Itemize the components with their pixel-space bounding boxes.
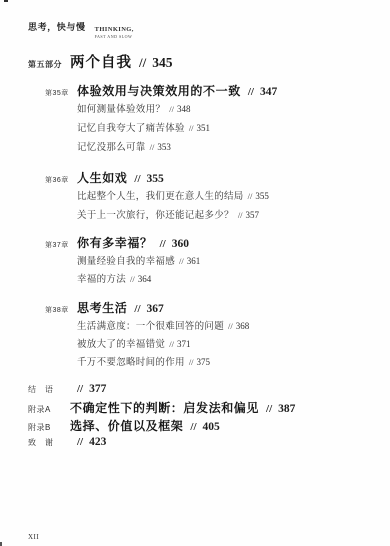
backmatter-label: 致 谢 [28,439,70,447]
book-page: 思考，快与慢 THINKING, FAST AND SLOW 第五部分 两个自我… [0,0,390,546]
chapter-page: 360 [172,239,189,251]
backmatter-page: 423 [89,437,106,449]
chapter-label: 第37章 [45,242,77,249]
backmatter-entry: 附录A 不确定性下的判断：启发法和偏见 // 387 [28,402,295,416]
section-title: 记忆自我夸大了痛苦体验 [77,124,185,134]
toc-section: 千万不要忽略时间的作用 // 375 [77,358,210,368]
section-title: 关于上一次旅行，你还能记起多少？ [77,211,234,221]
page-separator: // [248,192,253,201]
chapter-title: 体验效用与决策效用的不一致 [77,85,241,97]
chapter-label: 第35章 [45,90,77,97]
backmatter-label: 结 语 [28,386,70,394]
chapter-heading: 第37章 你有多幸福？ // 360 [45,237,189,251]
backmatter-page: 405 [203,422,220,434]
page-separator: // [189,358,194,367]
chapter-label: 第38章 [45,307,77,314]
page-separator: // [77,384,83,395]
toc-section: 记忆自我夸大了痛苦体验 // 351 [77,124,210,134]
chapter-page: 367 [147,304,164,316]
section-title: 测量经验自我的幸福感 [77,257,175,267]
section-page: 353 [157,143,171,152]
toc-section: 生活满意度：一个很难回答的问题 // 368 [77,322,249,332]
logo-fast-and-slow-text: FAST AND SLOW [95,35,134,39]
section-page: 357 [246,211,260,220]
chapter-title: 你有多幸福？ [77,237,153,249]
scan-artifact-top [4,0,8,2]
page-separator: // [77,437,83,448]
toc-section: 记忆没那么可靠 // 353 [77,143,171,153]
part-page: 345 [152,56,172,70]
page-separator: // [248,87,254,98]
part-title: 两个自我 [70,56,132,71]
toc-section: 幸福的方法 // 364 [77,275,151,285]
toc-section: 比起整个人生，我们更在意人生的结局 // 355 [77,192,269,202]
backmatter-entry: 致 谢 // 423 [28,437,106,449]
page-header: 思考，快与慢 THINKING, FAST AND SLOW [28,23,134,38]
page-separator: // [169,105,174,114]
page-separator: // [228,322,233,331]
section-title: 幸福的方法 [77,275,126,285]
part-heading: 第五部分 两个自我 // 345 [28,56,172,71]
section-page: 351 [197,124,211,133]
chapter-heading: 第35章 体验效用与决策效用的不一致 // 347 [45,85,277,99]
page-separator: // [190,422,196,433]
section-page: 361 [187,257,201,266]
section-title: 比起整个人生，我们更在意人生的结局 [77,192,244,202]
section-title: 如何测量体验效用？ [77,105,165,115]
section-page: 375 [197,358,211,367]
page-separator: // [130,275,135,284]
page-separator: // [150,143,155,152]
book-title: 思考，快与慢 [28,23,86,32]
chapter-title: 人生如戏 [77,172,127,184]
section-title: 千万不要忽略时间的作用 [77,358,185,368]
section-title: 被放大了的幸福错觉 [77,340,165,350]
page-footer: XII [28,534,39,541]
section-page: 355 [255,192,269,201]
backmatter-entry: 结 语 // 377 [28,384,106,396]
chapter-heading: 第36章 人生如戏 // 355 [45,172,164,186]
page-separator: // [160,239,166,250]
page-separator: // [134,174,140,185]
toc-section: 关于上一次旅行，你还能记起多少？ // 357 [77,211,259,221]
backmatter-title: 不确定性下的判断：启发法和偏见 [70,402,259,414]
section-page: 348 [177,105,191,114]
page-separator: // [238,211,243,220]
scan-artifact-bottom [0,542,2,546]
page-separator: // [189,124,194,133]
section-page: 371 [177,340,191,349]
backmatter-page: 387 [278,404,295,416]
page-separator: // [266,404,272,415]
backmatter-title: 选择、价值以及框架 [70,420,183,432]
page-separator: // [139,56,146,69]
chapter-page: 355 [147,174,164,186]
logo-thinking-text: THINKING, [95,27,134,34]
section-page: 364 [138,275,152,284]
backmatter-page: 377 [89,384,106,396]
book-logo: THINKING, FAST AND SLOW [95,27,134,39]
backmatter-label: 附录B [28,424,70,432]
backmatter-label: 附录A [28,406,70,414]
chapter-page: 347 [260,87,277,99]
toc-section: 被放大了的幸福错觉 // 371 [77,340,190,350]
section-title: 记忆没那么可靠 [77,143,146,153]
chapter-title: 思考生活 [77,302,127,314]
part-label: 第五部分 [28,61,70,69]
toc-section: 测量经验自我的幸福感 // 361 [77,257,200,267]
chapter-heading: 第38章 思考生活 // 367 [45,302,164,316]
section-page: 368 [236,322,250,331]
page-number: XII [28,534,39,541]
toc-section: 如何测量体验效用？ // 348 [77,105,190,115]
section-title: 生活满意度：一个很难回答的问题 [77,322,224,332]
page-separator: // [179,257,184,266]
backmatter-entry: 附录B 选择、价值以及框架 // 405 [28,420,220,434]
page-separator: // [169,340,174,349]
page-separator: // [134,304,140,315]
chapter-label: 第36章 [45,177,77,184]
